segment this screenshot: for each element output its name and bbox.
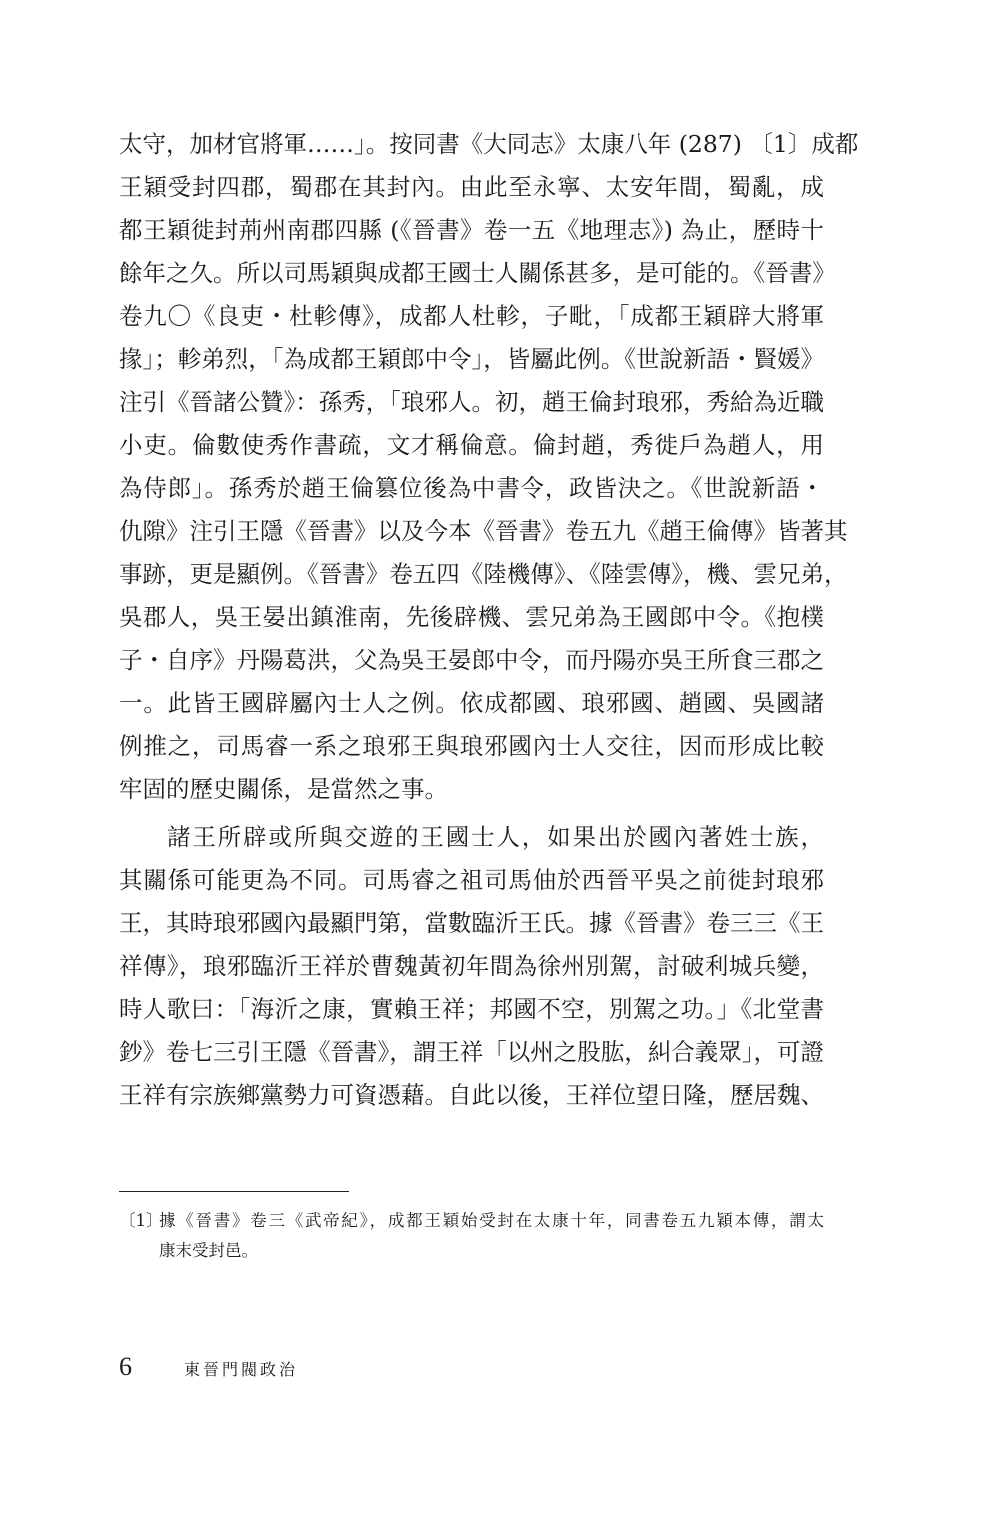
body-text: 太守，加材官將軍……」。按同書《大同志》太康八年 (287) 〔1〕成都 王穎受…	[119, 124, 824, 1118]
footnote-mark: 〔1〕	[119, 1207, 159, 1237]
text-line: 都王穎徙封荊州南郡四縣 (《晉書》卷一五《地理志》) 為止，歷時十	[119, 210, 824, 253]
footnote-line: 〔1〕 據《晉書》卷三《武帝紀》，成都王穎始受封在太康十年，同書卷五九穎本傳，謂…	[119, 1207, 824, 1237]
text-line: 小吏。倫數使秀作書疏，文才稱倫意。倫封趙，秀徙戶為趙人，用	[119, 425, 824, 468]
footnote-text: 據《晉書》卷三《武帝紀》，成都王穎始受封在太康十年，同書卷五九穎本傳，謂太	[159, 1207, 824, 1237]
text-line: 一。此皆王國辟屬內士人之例。依成都國、琅邪國、趙國、吳國諸	[119, 683, 824, 726]
text-line: 時人歌曰：「海沂之康，實賴王祥；邦國不空，別駕之功。」《北堂書	[119, 989, 824, 1032]
page-number: 6	[119, 1352, 132, 1382]
footnote-divider	[119, 1191, 349, 1192]
text-line: 王穎受封四郡，蜀郡在其封內。由此至永寧、太安年間，蜀亂，成	[119, 167, 824, 210]
text-line: 太守，加材官將軍……」。按同書《大同志》太康八年 (287) 〔1〕成都	[119, 124, 824, 167]
text-line: 牢固的歷史關係，是當然之事。	[119, 769, 824, 812]
text-line: 鈔》卷七三引王隱《晉書》，謂王祥「以州之股肱，糾合義眾」，可證	[119, 1032, 824, 1075]
footnote-text: 康末受封邑。	[159, 1237, 824, 1267]
footnotes: 〔1〕 據《晉書》卷三《武帝紀》，成都王穎始受封在太康十年，同書卷五九穎本傳，謂…	[119, 1207, 824, 1267]
text-line: 王祥有宗族鄉黨勢力可資憑藉。自此以後，王祥位望日隆，歷居魏、	[119, 1075, 824, 1118]
text-line: 祥傳》，琅邪臨沂王祥於曹魏黃初年間為徐州別駕，討破利城兵變，	[119, 946, 824, 989]
text-line: 吳郡人，吳王晏出鎮淮南，先後辟機、雲兄弟為王國郎中令。《抱樸	[119, 597, 824, 640]
text-line: 諸王所辟或所與交遊的王國士人，如果出於國內著姓士族，	[119, 817, 824, 860]
text-line: 事跡，更是顯例。《晉書》卷五四《陸機傳》、《陸雲傳》，機、雲兄弟，	[119, 554, 824, 597]
text-line: 王，其時琅邪國內最顯門第，當數臨沂王氏。據《晉書》卷三三《王	[119, 903, 824, 946]
text-line: 其關係可能更為不同。司馬睿之祖司馬伷於西晉平吳之前徙封琅邪	[119, 860, 824, 903]
text-line: 餘年之久。所以司馬穎與成都王國士人關係甚多，是可能的。《晉書》	[119, 253, 824, 296]
text-line: 子・自序》丹陽葛洪，父為吳王晏郎中令，而丹陽亦吳王所食三郡之	[119, 640, 824, 683]
book-page: 太守，加材官將軍……」。按同書《大同志》太康八年 (287) 〔1〕成都 王穎受…	[0, 0, 1000, 1513]
footnote-indent	[119, 1237, 159, 1267]
text-line: 注引《晉諸公贊》：孫秀，「琅邪人。初，趙王倫封琅邪，秀給為近職	[119, 382, 824, 425]
text-line: 卷九〇《良吏・杜軫傳》，成都人杜軫，子毗，「成都王穎辟大將軍	[119, 296, 824, 339]
text-line: 例推之，司馬睿一系之琅邪王與琅邪國內士人交往，因而形成比較	[119, 726, 824, 769]
text-line: 仇隙》注引王隱《晉書》以及今本《晉書》卷五九《趙王倫傳》皆著其	[119, 511, 824, 554]
text-line: 為侍郎」。孫秀於趙王倫篡位後為中書令，政皆決之。《世說新語・	[119, 468, 824, 511]
running-head: 東晉門閥政治	[184, 1357, 298, 1380]
footnote-line: 康末受封邑。	[119, 1237, 824, 1267]
text-line: 掾」；軫弟烈，「為成都王穎郎中令」，皆屬此例。《世說新語・賢媛》	[119, 339, 824, 382]
